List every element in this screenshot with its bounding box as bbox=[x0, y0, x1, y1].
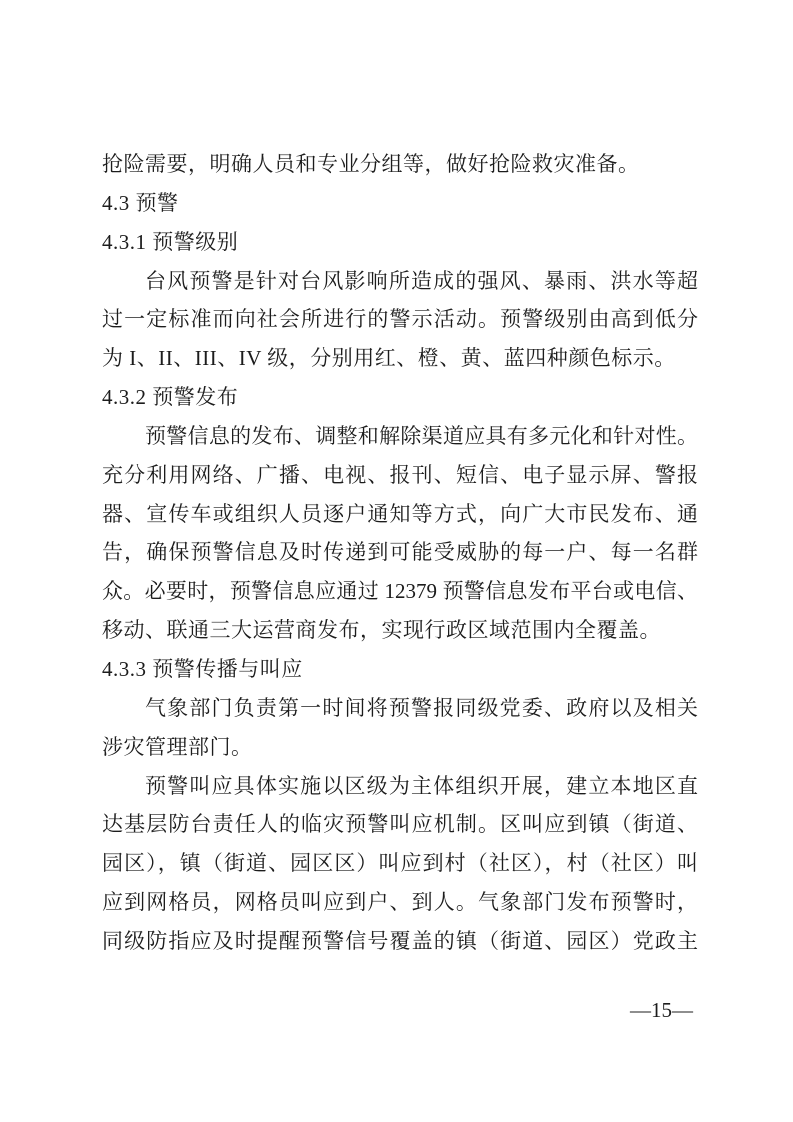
body-text-line: 气象部门负责第一时间将预警报同级党委、政府以及相关 bbox=[102, 689, 698, 728]
body-text-line: 预警信息的发布、调整和解除渠道应具有多元化和针对性。 bbox=[102, 417, 698, 456]
body-text-line: 过一定标准而向社会所进行的警示活动。预警级别由高到低分 bbox=[102, 300, 698, 339]
body-text-line: 抢险需要，明确人员和专业分组等，做好抢险救灾准备。 bbox=[102, 145, 698, 184]
body-text-line: 应到网格员，网格员叫应到户、到人。气象部门发布预警时， bbox=[102, 883, 698, 922]
body-text-line: 众。必要时，预警信息应通过 12379 预警信息发布平台或电信、 bbox=[102, 572, 698, 611]
body-text-line: 器、宣传车或组织人员逐户通知等方式，向广大市民发布、通 bbox=[102, 495, 698, 534]
body-text-line: 台风预警是针对台风影响所造成的强风、暴雨、洪水等超 bbox=[102, 262, 698, 301]
section-heading-line: 4.3.3 预警传播与叫应 bbox=[102, 650, 698, 689]
body-text-line: 充分利用网络、广播、电视、报刊、短信、电子显示屏、警报 bbox=[102, 456, 698, 495]
body-text-line: 园区），镇（街道、园区区）叫应到村（社区），村（社区）叫 bbox=[102, 844, 698, 883]
section-heading-line: 4.3.1 预警级别 bbox=[102, 223, 698, 262]
page-text-block: 抢险需要，明确人员和专业分组等，做好抢险救灾准备。4.3 预警4.3.1 预警级… bbox=[102, 145, 698, 961]
section-heading-line: 4.3 预警 bbox=[102, 184, 698, 223]
body-text-line: 达基层防台责任人的临灾预警叫应机制。区叫应到镇（街道、 bbox=[102, 805, 698, 844]
body-text-line: 涉灾管理部门。 bbox=[102, 728, 698, 767]
section-heading-line: 4.3.2 预警发布 bbox=[102, 378, 698, 417]
document-page: 抢险需要，明确人员和专业分组等，做好抢险救灾准备。4.3 预警4.3.1 预警级… bbox=[0, 0, 793, 1122]
page-number: —15— bbox=[630, 996, 693, 1024]
body-text-line: 告，确保预警信息及时传递到可能受威胁的每一户、每一名群 bbox=[102, 533, 698, 572]
body-text-line: 移动、联通三大运营商发布，实现行政区域范围内全覆盖。 bbox=[102, 611, 698, 650]
body-text-line: 为 I、II、III、IV 级，分别用红、橙、黄、蓝四种颜色标示。 bbox=[102, 339, 698, 378]
body-text-line: 预警叫应具体实施以区级为主体组织开展，建立本地区直 bbox=[102, 767, 698, 806]
body-text-line: 同级防指应及时提醒预警信号覆盖的镇（街道、园区）党政主 bbox=[102, 922, 698, 961]
